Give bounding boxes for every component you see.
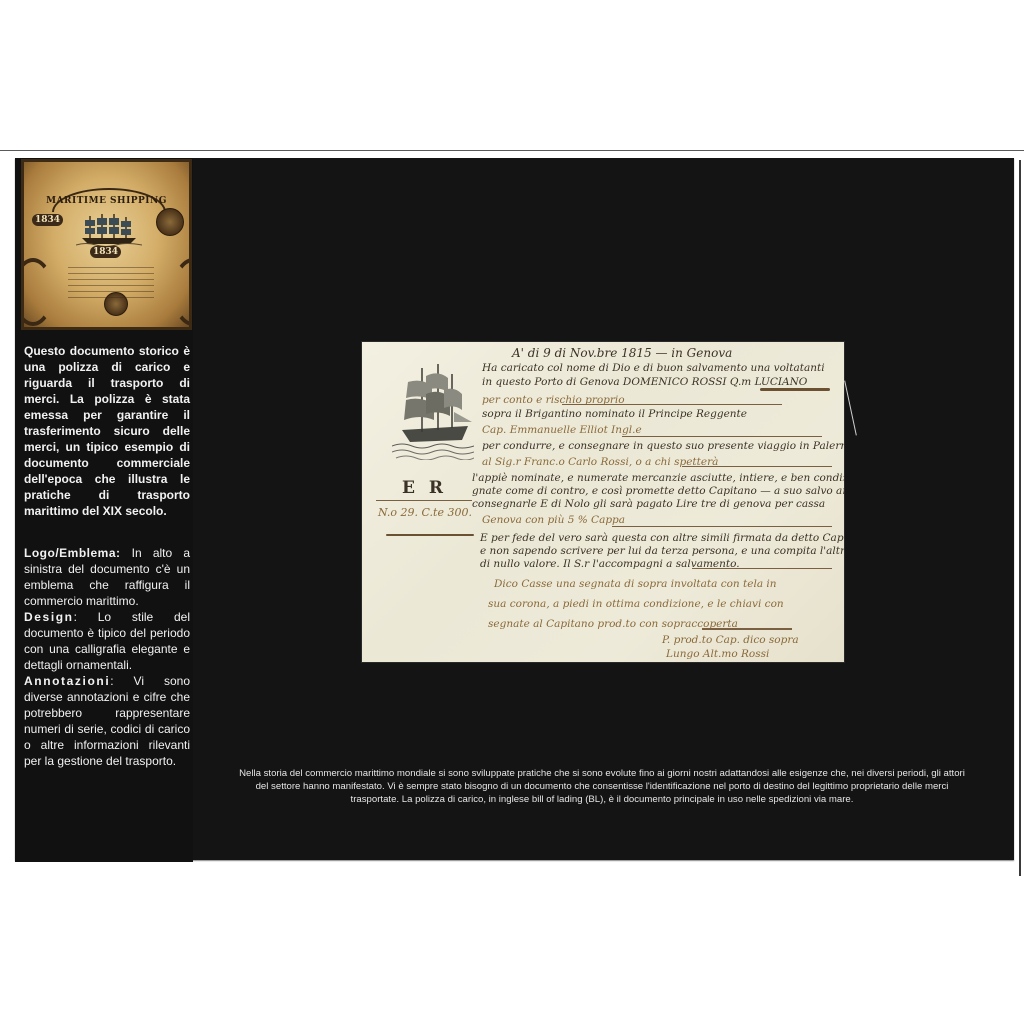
margin-number: N.o 29. C.te 300. — [378, 506, 472, 519]
ruled-line — [622, 436, 822, 437]
manuscript-line: gnate come di contro, e così promette de… — [472, 485, 844, 497]
note-label: Logo/Emblema: — [24, 546, 121, 560]
intro-paragraph: Questo documento storico è una polizza d… — [24, 343, 190, 519]
manuscript-line-date: A' di 9 di Nov.bre 1815 — in Genova — [512, 346, 732, 360]
note-text: : Vi sono diverse annotazioni e cifre ch… — [24, 674, 190, 768]
note-annotations: Annotazioni: Vi sono diverse annotazioni… — [24, 673, 190, 769]
note-label: Annotazioni — [24, 674, 110, 688]
manuscript-line: in questo Porto di Genova DOMENICO ROSSI… — [482, 376, 807, 388]
bill-of-lading-manuscript: A' di 9 di Nov.bre 1815 — in Genova Ha c… — [362, 342, 844, 662]
caption-text: Nella storia del commercio marittimo mon… — [232, 767, 972, 806]
manuscript-line: Genova con più 5 % Cappa — [482, 514, 625, 526]
sailing-ship-icon — [76, 212, 142, 246]
manuscript-line: l'appiè nominate, e numerate mercanzie a… — [472, 472, 844, 484]
note-label: Design — [24, 610, 74, 624]
ship-engraving-icon — [392, 360, 474, 460]
manuscript-line: Cap. Emmanuelle Elliot Ingl.e — [482, 424, 642, 436]
emblem-year-center: 1834 — [90, 246, 121, 258]
note-design: Design: Lo stile del documento è tipico … — [24, 609, 190, 673]
ruled-line — [692, 568, 832, 569]
manuscript-line: consegnarle E di Nolo gli sarà pagato Li… — [472, 498, 825, 510]
emblem-title: MARITIME SHIPPING — [24, 196, 189, 206]
ruled-line — [612, 526, 832, 527]
manuscript-line: per condurre, e consegnare in questo suo… — [482, 440, 844, 452]
manuscript-line: E per fede del vero sarà questa con altr… — [480, 532, 844, 544]
manuscript-line: sua corona, a piedi in ottima condizione… — [488, 598, 784, 610]
ornament-swirl-right — [172, 258, 192, 326]
ink-stroke — [386, 534, 474, 536]
maritime-shipping-emblem-image: MARITIME SHIPPING 1834 1834 — [21, 159, 192, 330]
emblem-year-left: 1834 — [32, 214, 63, 226]
margin-mark: E R — [402, 478, 447, 498]
ornament-swirl-left — [21, 258, 54, 326]
manuscript-signature: Lungo Alt.mo Rossi — [666, 648, 769, 660]
notes-section: Logo/Emblema: In alto a sinistra del doc… — [24, 545, 190, 769]
ruled-line — [376, 500, 472, 501]
ink-stroke — [760, 388, 830, 391]
ruled-line — [682, 466, 832, 467]
manuscript-line: Dico Casse una segnata di sopra involtat… — [494, 578, 777, 590]
manuscript-signature: P. prod.to Cap. dico sopra — [662, 634, 799, 646]
emblem-seal — [156, 208, 184, 236]
manuscript-line: e non sapendo scrivere per lui da terza … — [480, 545, 844, 557]
note-logo: Logo/Emblema: In alto a sinistra del doc… — [24, 545, 190, 609]
manuscript-line: sopra il Brigantino nominato il Principe… — [482, 408, 747, 420]
ink-stroke — [702, 628, 792, 630]
manuscript-line: segnate al Capitano prod.to con sopracco… — [488, 618, 738, 630]
ruled-line — [562, 404, 782, 405]
emblem-script-lines — [68, 262, 154, 302]
top-rule — [0, 150, 1024, 151]
manuscript-line: Ha caricato col nome di Dio e di buon sa… — [482, 362, 825, 374]
board-edge — [1019, 160, 1021, 876]
